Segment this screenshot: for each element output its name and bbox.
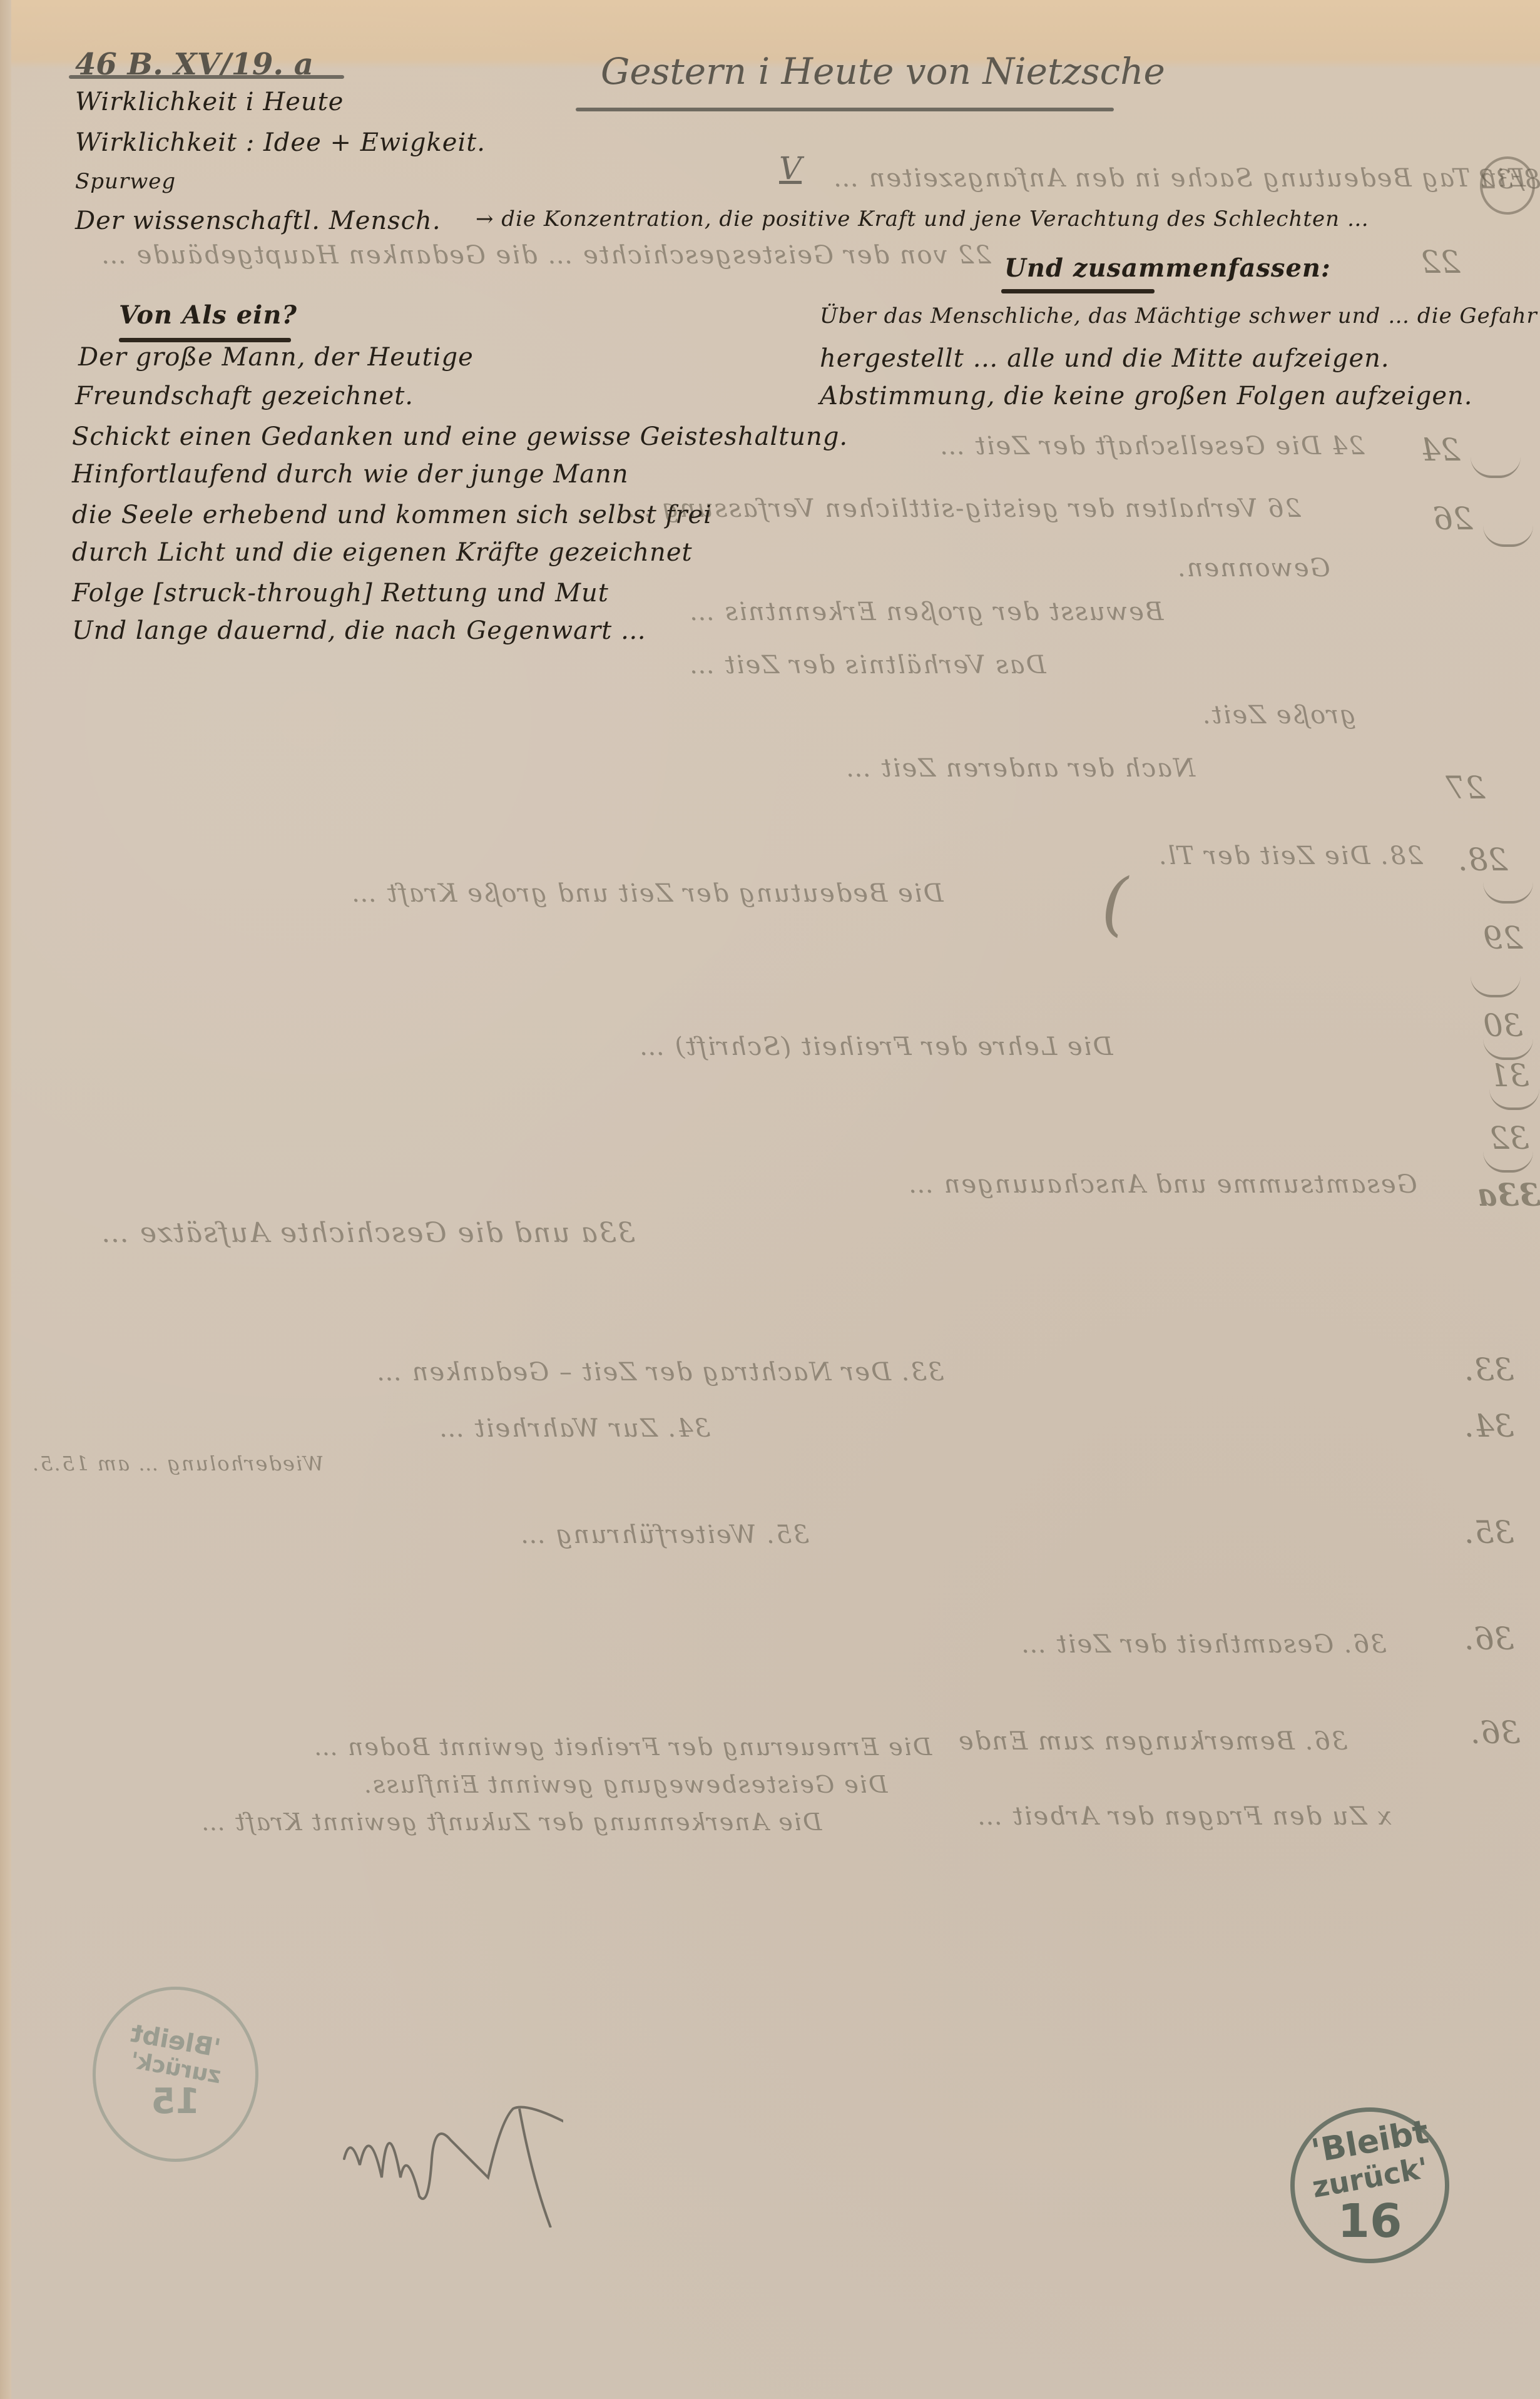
note-line: Spurweg: [75, 169, 176, 194]
margin-number: 26: [1433, 501, 1473, 537]
stamp-number: 15: [151, 2081, 200, 2122]
margin-number: 36.: [1464, 1621, 1514, 1657]
bleed-line: 28. Die Zeit der Tl.: [1158, 842, 1423, 870]
arrow-note: → die Konzentration, die positive Kraft …: [476, 206, 1369, 232]
bleed-line: 26 Verhalten der geistig-sittlichen Verf…: [626, 494, 1301, 523]
section-line: Hinfortlaufend durch wie der junge Mann: [72, 460, 629, 489]
section-heading-underline: [119, 338, 291, 342]
bleed-line: 24 Die Gesellschaft der Zeit …: [939, 432, 1365, 461]
note-line: Wirklichkeit i Heute: [75, 88, 344, 116]
margin-number: 27: [1446, 770, 1486, 806]
signature-scribble: [325, 2084, 563, 2228]
bleed-bottom-note: Die Geistesbewegung gewinnt Einfluss.: [363, 1771, 887, 1798]
right-line: Abstimmung, die keine großen Folgen aufz…: [820, 382, 1473, 410]
archive-stamp-bleibt-zurueck: 'Bleibt zurück' 16: [1290, 2107, 1449, 2263]
bleed-line: 33. Der Nachtrag der Zeit – Gedanken …: [375, 1358, 944, 1387]
bleed-line: 36. Bemerkungen zum Ende: [957, 1727, 1347, 1756]
margin-number: 33a: [1477, 1176, 1540, 1213]
shelfmark-underline: [69, 75, 344, 79]
page-edge: [0, 0, 11, 2399]
margin-number: 24: [1420, 432, 1461, 468]
section-line: Der große Mann, der Heutige: [78, 343, 474, 372]
stamp-number: 16: [1338, 2194, 1402, 2248]
section-line: Schickt einen Gedanken und eine gewisse …: [72, 422, 848, 451]
section-heading: Von Als ein?: [119, 300, 297, 330]
brace: (: [1101, 863, 1128, 944]
title-pencil: Gestern i Heute von Nietzsche: [601, 50, 1165, 93]
bleed-bottom-note: Die Erneuerung der Freiheit gewinnt Bode…: [313, 1733, 932, 1761]
archive-stamp-mirrored: 'Bleibt zurück' 15: [93, 1987, 258, 2162]
bleed-line: 35. Weiterführung …: [519, 1520, 809, 1549]
right-line: hergestellt … alle und die Mitte aufzeig…: [820, 344, 1390, 373]
margin-number: 22: [1420, 244, 1461, 280]
bleed-left-margin-note: Wiederholung … am 15.5.: [31, 1452, 324, 1475]
title-underline: [576, 108, 1114, 111]
bleed-line: x Zu den Fragen der Arbeit …: [976, 1802, 1392, 1831]
right-heading-underline: [1001, 289, 1155, 293]
bleed-line: Die Lehre der Freiheit (Schrift) …: [638, 1032, 1113, 1061]
bleed-line: Gesamtsumme und Anschauungen …: [907, 1170, 1417, 1199]
right-line: Über das Menschliche, das Mächtige schwe…: [820, 303, 1540, 329]
section-line: Folge [struck-through] Rettung und Mut: [72, 579, 609, 608]
bleed-line: 33a und die Geschichte Aufsätze …: [100, 1217, 635, 1249]
bleed-line: Ein Tag Bedeutung Sache in den Anfangsze…: [832, 164, 1526, 193]
margin-number: 35.: [1464, 1514, 1514, 1551]
margin-number: 36.: [1471, 1714, 1521, 1751]
right-heading: Und zusammenfassen:: [1004, 253, 1331, 283]
circled-reference-text: 28/32: [1477, 164, 1540, 195]
margin-number: 33.: [1464, 1352, 1514, 1388]
bleed-line: große Zeit.: [1201, 701, 1356, 730]
note-line: Der wissenschaftl. Mensch.: [75, 206, 441, 235]
bleed-bottom-note: Die Anerkennung der Zukunft gewinnt Kraf…: [200, 1808, 822, 1836]
section-line: durch Licht und die eigenen Kräfte gezei…: [72, 538, 693, 567]
bleed-line: Nach der anderen Zeit …: [845, 754, 1195, 783]
bleed-line: Das Verhältnis der Zeit …: [688, 651, 1046, 680]
margin-number: 34.: [1464, 1408, 1514, 1444]
section-line: die Seele erhebend und kommen sich selbs…: [72, 501, 712, 529]
bleed-line: 34. Zur Wahrheit …: [438, 1414, 710, 1443]
bleed-line: 36. Gesamtheit der Zeit …: [1020, 1630, 1387, 1659]
margin-number: 28.: [1458, 842, 1508, 878]
section-line: Freundschaft gezeichnet.: [75, 382, 414, 410]
margin-number: 29: [1483, 920, 1523, 956]
section-line: Und lange dauernd, die nach Gegenwart …: [72, 616, 646, 645]
bleed-line: Bewusst der großen Erkenntnis …: [688, 598, 1163, 626]
roman-numeral: V: [779, 150, 802, 186]
bleed-line: Die Bedeutung der Zeit und große Kraft …: [350, 879, 944, 908]
note-line: Wirklichkeit : Idee + Ewigkeit.: [75, 128, 486, 157]
bleed-line: 22 von der Geistesgeschichte … die Gedan…: [100, 241, 991, 270]
bleed-line: Gewonnen.: [1176, 554, 1330, 583]
